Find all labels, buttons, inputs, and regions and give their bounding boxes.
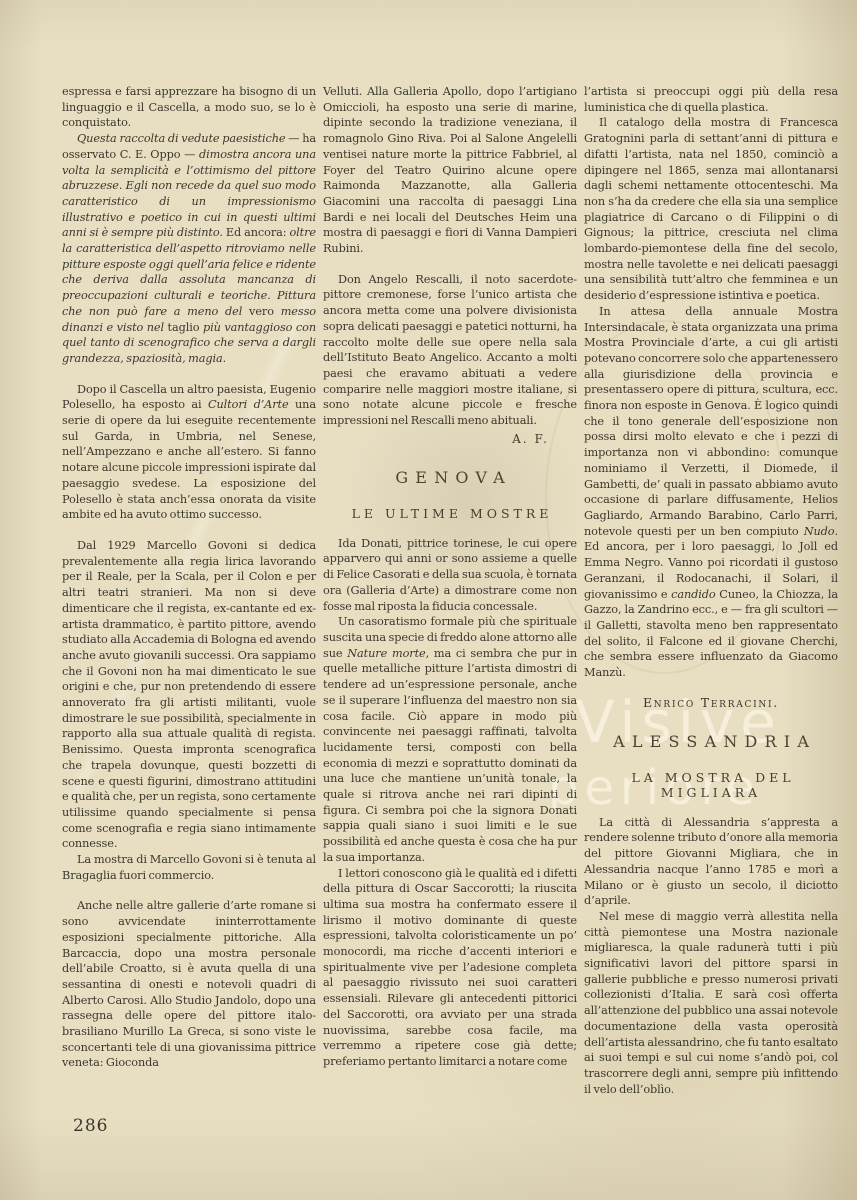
paragraph: Dopo il Cascella un altro paesista, Euge… [62, 382, 316, 523]
text-column-2: Velluti. Alla Galleria Apollo, dopo l’ar… [323, 84, 577, 1097]
paragraph: Un casoratismo formale più che spiritual… [323, 614, 577, 865]
signature-enrico-terracini: Enrico Terracini. [584, 695, 838, 710]
paragraph: In attesa della annuale Mostra Intersind… [584, 304, 838, 681]
paragraph: Questa raccolta di vedute paesistiche — … [62, 131, 316, 367]
section-subheading-la-mostra-del-migliara: LA MOSTRA DEL MIGLIARA [584, 770, 838, 800]
magazine-page: Visive periore espressa e farsi apprezza… [0, 0, 857, 1200]
paragraph: Dal 1929 Marcello Govoni si dedica preva… [62, 538, 316, 852]
paragraph: Don Angelo Rescalli, il noto sacerdote-p… [323, 272, 577, 429]
text-column-1: espressa e farsi apprezzare ha bisogno d… [62, 84, 316, 1097]
paragraph: Anche nelle altre gallerie d’arte romane… [62, 898, 316, 1071]
section-heading-genova: GENOVA [323, 468, 577, 487]
section-heading-alessandria: ALESSANDRIA [584, 732, 838, 751]
paragraph: Nel mese di maggio verrà allestita nella… [584, 909, 838, 1097]
paragraph: Velluti. Alla Galleria Apollo, dopo l’ar… [323, 84, 577, 257]
paragraph: La città di Alessandria s’appresta a ren… [584, 815, 838, 909]
paragraph: espressa e farsi apprezzare ha bisogno d… [62, 84, 316, 131]
paragraph: l’artista si preoccupi oggi più della re… [584, 84, 838, 115]
paragraph: Ida Donati, pittrice torinese, le cui op… [323, 536, 577, 615]
signature-a-f: A. F. [323, 432, 577, 446]
paragraph: La mostra di Marcello Govoni si è tenuta… [62, 852, 316, 883]
paragraph: Il catalogo della mostra di Francesca Gr… [584, 115, 838, 303]
page-number: 286 [73, 1116, 108, 1136]
text-column-3: l’artista si preoccupi oggi più della re… [584, 84, 838, 1097]
section-subheading-le-ultime-mostre: LE ULTIME MOSTRE [323, 506, 577, 521]
text-columns: espressa e farsi apprezzare ha bisogno d… [62, 84, 838, 1097]
paragraph: I lettori conoscono già le qualità ed i … [323, 866, 577, 1070]
